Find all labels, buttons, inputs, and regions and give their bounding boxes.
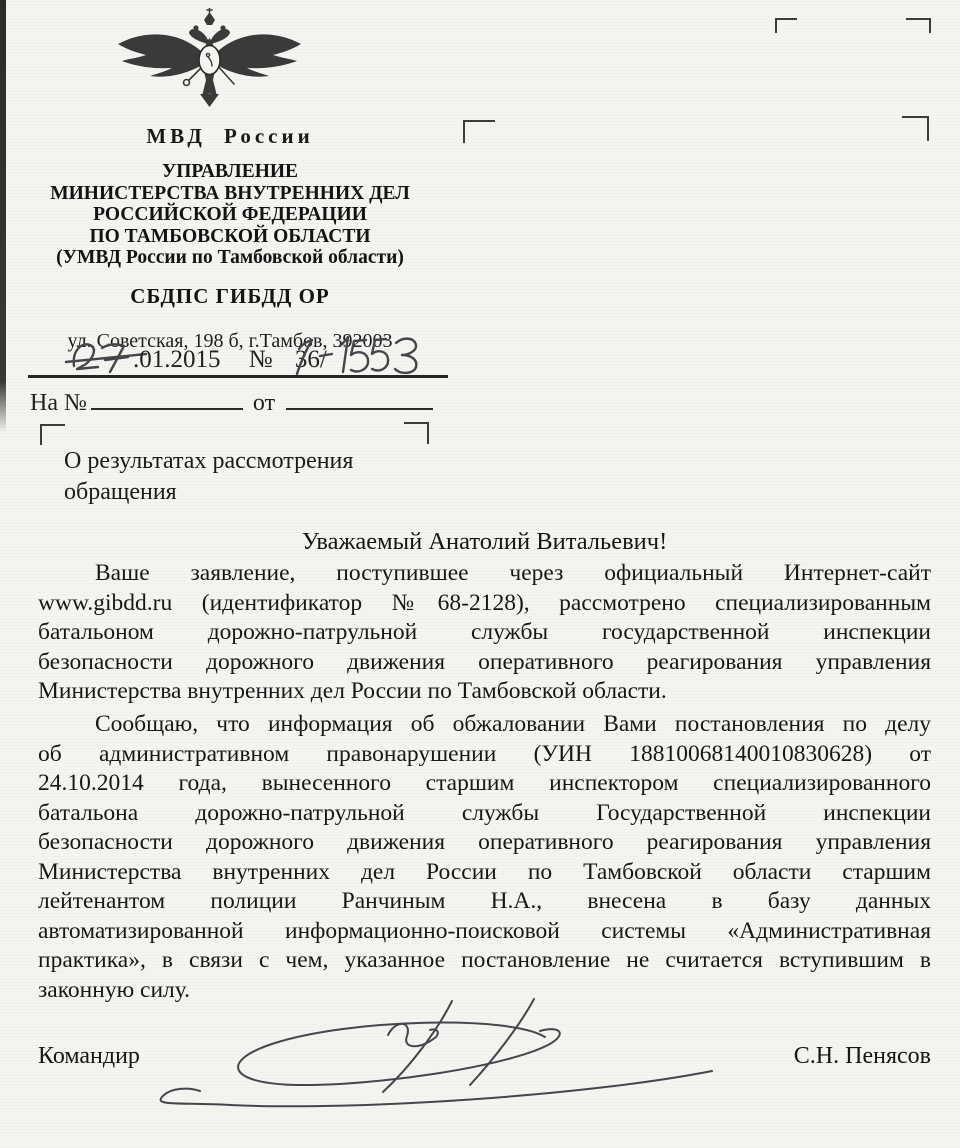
body-paragraph-2: Сообщаю, что информация об обжаловании В… bbox=[38, 710, 931, 1005]
subject-line-1: О результатах рассмотрения bbox=[64, 446, 353, 477]
scan-edge-artifact bbox=[0, 0, 6, 433]
body-text-line: автоматизированной информационно-поисков… bbox=[38, 917, 931, 947]
corner-bracket-subject-left bbox=[40, 424, 65, 445]
salutation: Уважаемый Анатолий Витальевич! bbox=[38, 528, 931, 556]
body-text-line: об административном правонарушении (УИН … bbox=[38, 740, 931, 770]
handwritten-registration-number bbox=[288, 330, 448, 380]
scanned-letter-page: МВД России УПРАВЛЕНИЕМИНИСТЕРСТВА ВНУТРЕ… bbox=[0, 0, 960, 1148]
body-text-line: безопасности дорожного движения оператив… bbox=[38, 828, 931, 858]
ministry-short-name: МВД России bbox=[10, 124, 450, 149]
letterhead: МВД России УПРАВЛЕНИЕМИНИСТЕРСТВА ВНУТРЕ… bbox=[10, 0, 450, 353]
subject-line-2: обращения bbox=[64, 477, 353, 508]
body-text-line: батальона дорожно-патрульной службы Госу… bbox=[38, 799, 931, 829]
organization-name-line: МИНИСТЕРСТВА ВНУТРЕННИХ ДЕЛ bbox=[10, 183, 450, 205]
body-text-line: батальоном дорожно-патрульной службы гос… bbox=[38, 618, 931, 648]
body-text-line: лейтенантом полиции Ранчиным Н.А., внесе… bbox=[38, 887, 931, 917]
number-line-rule bbox=[28, 375, 448, 378]
printed-date-suffix: .01.2015 bbox=[133, 346, 221, 373]
number-sign: № bbox=[249, 346, 273, 373]
reference-number-blank bbox=[91, 386, 243, 410]
corner-bracket-top-right-2 bbox=[902, 116, 929, 141]
organization-name: УПРАВЛЕНИЕМИНИСТЕРСТВА ВНУТРЕННИХ ДЕЛРОС… bbox=[10, 161, 450, 269]
corner-bracket-top-left-1 bbox=[775, 18, 797, 33]
corner-bracket-subject-right bbox=[404, 422, 429, 444]
organization-name-line: (УМВД России по Тамбовской области) bbox=[10, 247, 450, 269]
subject-block: О результатах рассмотрения обращения bbox=[64, 446, 353, 508]
organization-name-line: РОССИЙСКОЙ ФЕДЕРАЦИИ bbox=[10, 204, 450, 226]
handwritten-signature bbox=[120, 985, 740, 1120]
organization-name-line: ПО ТАМБОВСКОЙ ОБЛАСТИ bbox=[10, 226, 450, 248]
body-text-line: Министерства внутренних дел России по Та… bbox=[38, 677, 931, 707]
organization-name-line: УПРАВЛЕНИЕ bbox=[10, 161, 450, 183]
body-text-line: Сообщаю, что информация об обжаловании В… bbox=[38, 710, 931, 740]
na-number-label: На № bbox=[30, 390, 87, 416]
body-text-line: Министерства внутренних дел России по Та… bbox=[38, 858, 931, 888]
corner-bracket-top-left-2 bbox=[463, 120, 495, 143]
ot-label: от bbox=[253, 390, 275, 416]
body-text-line: безопасности дорожного движения оператив… bbox=[38, 648, 931, 678]
reference-date-blank bbox=[286, 386, 433, 410]
body-paragraph-1: Ваше заявление, поступившее через официа… bbox=[38, 559, 931, 707]
body-text-line: 24.10.2014 года, вынесенного старшим инс… bbox=[38, 769, 931, 799]
reference-line: На №от bbox=[30, 386, 433, 417]
body-text-line: www.gibdd.ru (идентификатор №68-2128), р… bbox=[38, 589, 931, 619]
body-text-line: Ваше заявление, поступившее через официа… bbox=[38, 559, 931, 589]
unit-name: СБДПС ГИБДД ОР bbox=[10, 284, 450, 309]
corner-bracket-top-right-1 bbox=[906, 18, 931, 33]
body-text-line: практика», в связи с чем, указанное пост… bbox=[38, 946, 931, 976]
